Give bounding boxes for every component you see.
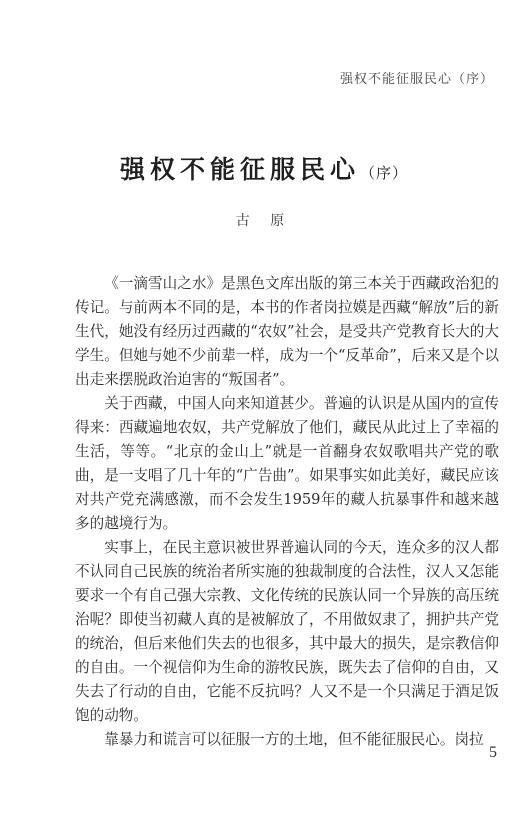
author-name: 古 原 (0, 210, 528, 230)
running-head: 强权不能征服民心（序） (340, 68, 494, 87)
paragraph: 关于西藏，中国人向来知道甚少。普遍的认识是从国内的宣传得来：西藏遍地农奴，共产党… (75, 392, 499, 536)
paragraph: 《一滴雪山之水》是黑色文库出版的第三本关于西藏政治犯的传记。与前两本不同的是，本… (75, 272, 499, 392)
page-number: 5 (489, 744, 497, 762)
chapter-title-main: 强权不能征服民心 (120, 155, 360, 184)
chapter-title: 强权不能征服民心（序） (0, 150, 528, 186)
paragraph: 靠暴力和谎言可以征服一方的土地，但不能征服民心。岗拉 (75, 728, 499, 752)
body-text: 《一滴雪山之水》是黑色文库出版的第三本关于西藏政治犯的传记。与前两本不同的是，本… (75, 272, 499, 752)
paragraph: 实事上，在民主意识被世界普遍认同的今天，连众多的汉人都不认同自己民族的统治者所实… (75, 536, 499, 728)
chapter-title-suffix: （序） (360, 164, 408, 182)
